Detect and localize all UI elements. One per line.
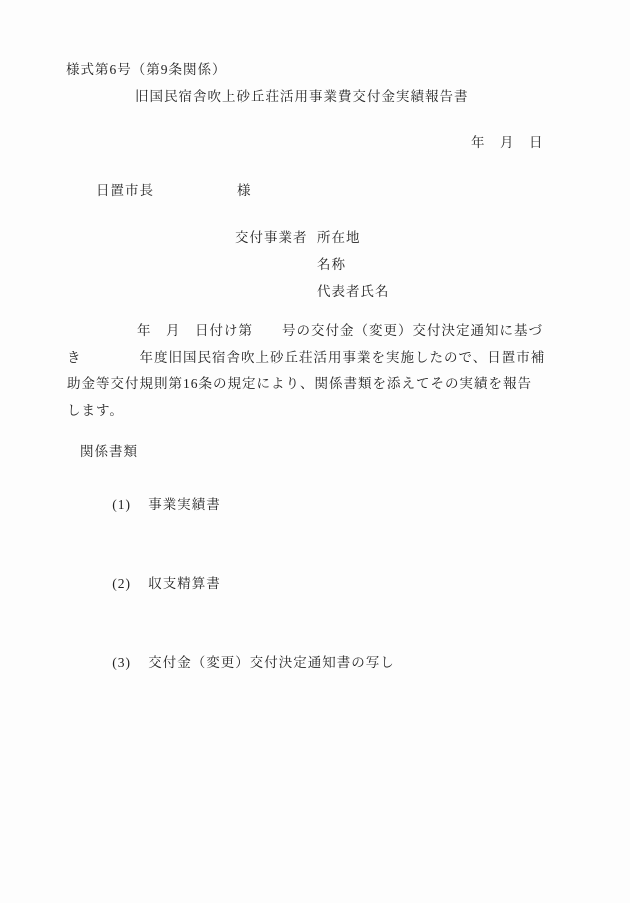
attachment-item: (1)事業実績書 [86, 466, 395, 545]
form-number: 様式第6号（第9条関係） [66, 63, 227, 77]
body-line: 年 月 日付け第 号の交付金（変更）交付決定通知に基づ [67, 318, 559, 345]
body-line: 助金等交付規則第16条の規定により、関係書類を添えてその実績を報告 [67, 371, 559, 398]
applicant-label: 交付事業者 [235, 231, 308, 245]
document-title: 旧国民宿舎吹上砂丘荘活用事業費交付金実績報告書 [135, 90, 469, 104]
attachment-item: (3)交付金（変更）交付決定通知書の写し [86, 624, 395, 703]
attachment-number: (1) [112, 492, 148, 518]
attachment-label: 収支精算書 [148, 576, 221, 591]
applicant-field-address: 所在地 [317, 231, 361, 245]
date-blank-line: 年 月 日 [471, 136, 544, 150]
attachment-number: (2) [112, 571, 148, 597]
addressee-name: 日置市長 [96, 184, 154, 198]
attachment-label: 事業実績書 [148, 497, 221, 512]
body-line: します。 [67, 398, 559, 425]
attachment-number: (3) [112, 650, 148, 676]
attachment-item: (2)収支精算書 [86, 545, 395, 624]
attachment-label: 交付金（変更）交付決定通知書の写し [148, 655, 395, 670]
addressee-honorific: 様 [237, 184, 252, 198]
body-paragraph: 年 月 日付け第 号の交付金（変更）交付決定通知に基づ き 年度旧国民宿舎吹上砂… [67, 318, 559, 424]
applicant-field-name: 名称 [317, 258, 346, 272]
document-page: 様式第6号（第9条関係） 旧国民宿舎吹上砂丘荘活用事業費交付金実績報告書 年 月… [0, 0, 630, 903]
body-line: き 年度旧国民宿舎吹上砂丘荘活用事業を実施したので、日置市補 [67, 345, 559, 372]
attachments-heading: 関係書類 [80, 445, 138, 459]
attachments-list: (1)事業実績書 (2)収支精算書 (3)交付金（変更）交付決定通知書の写し [86, 466, 395, 703]
applicant-field-representative: 代表者氏名 [317, 285, 390, 299]
